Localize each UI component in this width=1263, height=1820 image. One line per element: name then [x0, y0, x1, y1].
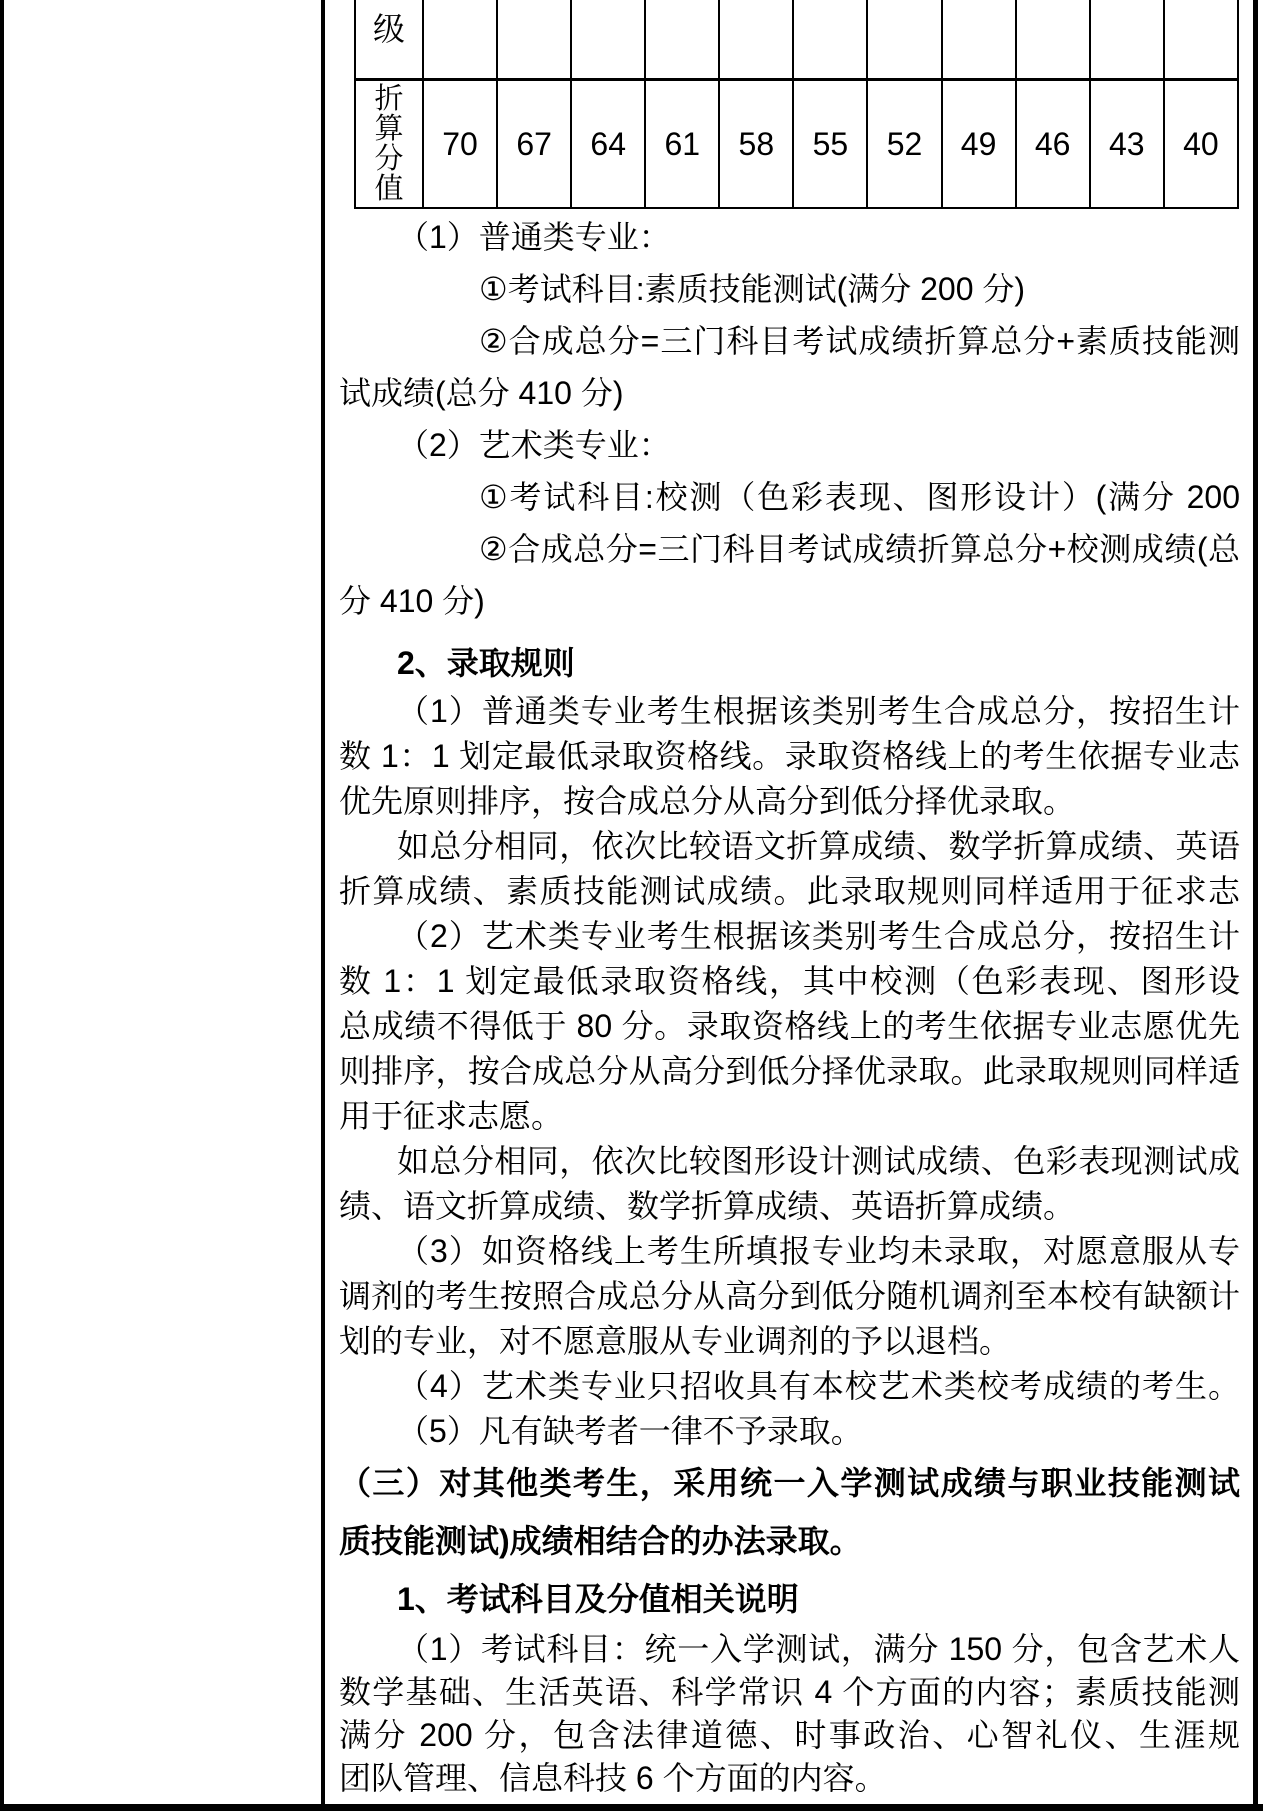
- text-line: 则排序，按合成总分从高分到低分择优录取。此录取规则同样适: [339, 1049, 1240, 1094]
- text-line: （2）艺术类专业考生根据该类别考生合成总分，按招生计划: [339, 914, 1240, 959]
- text-line: （5）凡有缺考者一律不予录取。: [339, 1409, 1240, 1454]
- score-value-cell: 46: [1016, 80, 1090, 209]
- score-value-cell: 43: [1090, 80, 1164, 209]
- grade-cell: [1016, 0, 1090, 80]
- converted-score-row-header-label: 折算分值: [372, 84, 406, 204]
- grade-cell: [942, 0, 1016, 80]
- text-line: 满分 200 分，包含法律道德、时事政治、心智礼仪、生涯规划、: [339, 1714, 1240, 1757]
- rules-text-block: （1）普通类专业： ①考试科目:素质技能测试(满分 200 分) ②合成总分=三…: [325, 211, 1254, 1800]
- text-line: 团队管理、信息科技 6 个方面的内容。: [339, 1757, 1240, 1800]
- grade-cell: [1090, 0, 1164, 80]
- grade-cell: [867, 0, 941, 80]
- text-line: （4）艺术类专业只招收具有本校艺术类校考成绩的考生。: [339, 1364, 1240, 1409]
- text-line: ②合成总分=三门科目考试成绩折算总分+素质技能测: [339, 315, 1240, 367]
- empty-left-column: [4, 0, 321, 1804]
- grade-cell: [571, 0, 645, 80]
- heading-other-category: （三）对其他类考生，采用统一入学测试成绩与职业技能测试(素: [339, 1454, 1240, 1512]
- grade-row-header: 级: [355, 0, 423, 80]
- grade-row-header-label: 级: [356, 0, 422, 50]
- grade-cell: [645, 0, 719, 80]
- grade-cell: [423, 0, 497, 80]
- grade-row: 级: [355, 0, 1238, 80]
- converted-score-row-header: 折算分值: [355, 80, 423, 209]
- score-value-cell: 64: [571, 80, 645, 209]
- text-line: ①考试科目:素质技能测试(满分 200 分): [339, 263, 1240, 315]
- text-line: ②合成总分=三门科目考试成绩折算总分+校测成绩(总: [339, 523, 1240, 575]
- grade-cell: [497, 0, 571, 80]
- grade-cell: [719, 0, 793, 80]
- text-line: 用于征求志愿。: [339, 1094, 1240, 1139]
- text-line: ①考试科目:校测（色彩表现、图形设计）(满分 200 分): [339, 471, 1240, 523]
- text-line: 数 1：1 划定最低录取资格线，其中校测（色彩表现、图形设计）: [339, 959, 1240, 1004]
- heading-exam-subjects: 1、考试科目及分值相关说明: [339, 1570, 1240, 1628]
- text-line: 绩、语文折算成绩、数学折算成绩、英语折算成绩。: [339, 1184, 1240, 1229]
- text-line: （3）如资格线上考生所填报专业均未录取，对愿意服从专业: [339, 1229, 1240, 1274]
- score-value-cell: 58: [719, 80, 793, 209]
- score-value-cell: 67: [497, 80, 571, 209]
- bottom-border-line: [0, 1804, 1263, 1811]
- grade-cell: [793, 0, 867, 80]
- main-content-cell: 级 折算分值 70 67 64 61 58 55 52 49: [325, 0, 1254, 1800]
- score-value-cell: 49: [942, 80, 1016, 209]
- text-line: 优先原则排序，按合成总分从高分到低分择优录取。: [339, 779, 1240, 824]
- text-line: （2）艺术类专业：: [339, 419, 1240, 471]
- text-line: 如总分相同，依次比较语文折算成绩、数学折算成绩、英语: [339, 824, 1240, 869]
- text-line: 折算成绩、素质技能测试成绩。此录取规则同样适用于征求志愿。: [339, 869, 1240, 914]
- grade-cell: [1164, 0, 1238, 80]
- text-line: 总成绩不得低于 80 分。录取资格线上的考生依据专业志愿优先原: [339, 1004, 1240, 1049]
- text-line: （1）考试科目：统一入学测试，满分 150 分，包含艺术人文、: [339, 1628, 1240, 1671]
- text-line: （1）普通类专业考生根据该类别考生合成总分，按招生计划: [339, 689, 1240, 734]
- score-value-cell: 61: [645, 80, 719, 209]
- score-value-cell: 40: [1164, 80, 1238, 209]
- text-line: 如总分相同，依次比较图形设计测试成绩、色彩表现测试成: [339, 1139, 1240, 1184]
- text-line: 划的专业，对不愿意服从专业调剂的予以退档。: [339, 1319, 1240, 1364]
- document-page: { "page": { "background": "#ffffff", "bo…: [0, 0, 1263, 1820]
- text-line: 调剂的考生按照合成总分从高分到低分随机调剂至本校有缺额计: [339, 1274, 1240, 1319]
- text-line: 数 1：1 划定最低录取资格线。录取资格线上的考生依据专业志愿: [339, 734, 1240, 779]
- text-line: 分 410 分): [339, 575, 1240, 627]
- converted-score-row: 折算分值 70 67 64 61 58 55 52 49 46 43 40: [355, 80, 1238, 209]
- text-line: 数学基础、生活英语、科学常识 4 个方面的内容；素质技能测试，: [339, 1671, 1240, 1714]
- score-value-cell: 52: [867, 80, 941, 209]
- score-value-cell: 70: [423, 80, 497, 209]
- heading-admission-rules: 2、录取规则: [339, 637, 1240, 689]
- text-line: 试成绩(总分 410 分): [339, 367, 1240, 419]
- score-value-cell: 55: [793, 80, 867, 209]
- score-conversion-table: 级 折算分值 70 67 64 61 58 55 52 49: [354, 0, 1239, 209]
- text-line: （1）普通类专业：: [339, 211, 1240, 263]
- heading-other-category-cont: 质技能测试)成绩相结合的办法录取。: [339, 1512, 1240, 1570]
